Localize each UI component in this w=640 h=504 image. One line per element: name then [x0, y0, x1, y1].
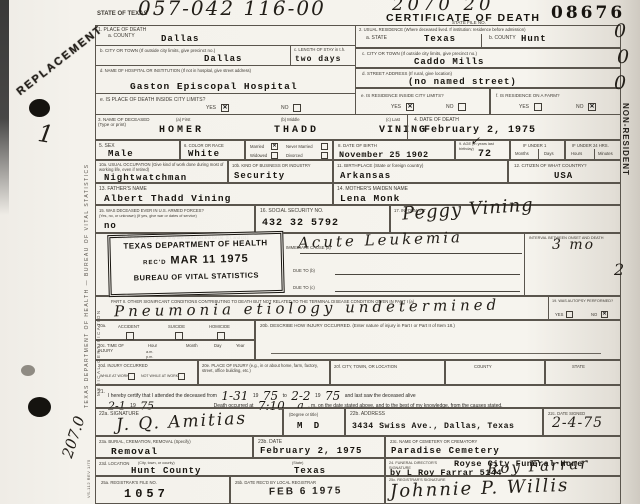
armed-forces-sublabel: (Yes, no, or unknown) (If yes, give war …	[99, 214, 197, 219]
handwritten-margin-two: 2	[614, 260, 624, 279]
handwritten-zero: 0	[614, 20, 626, 42]
homicide-checkbox	[217, 332, 225, 340]
yes-checkbox-checked: ✕	[406, 103, 414, 111]
citizen-cell: 12. CITIZEN OF WHAT COUNTRY? USA	[508, 160, 621, 183]
date-of-birth-cell: 8. DATE OF BIRTH November 25 1902	[333, 140, 455, 160]
not-while-at-work-checkbox	[178, 373, 185, 380]
yes-checkbox	[534, 103, 542, 111]
date-of-death-label: 4. DATE OF DEATH	[414, 117, 459, 123]
race-cell: 6. COLOR OR RACE White	[180, 140, 245, 160]
mother-name-label: 14. MOTHER'S MAIDEN NAME	[337, 186, 408, 192]
date-of-birth-label: 8. DATE OF BIRTH	[338, 143, 377, 148]
burial-date-label: 23b. DATE	[258, 439, 282, 445]
widowed-checkbox	[271, 152, 278, 159]
residence-county-label: b. COUNTY	[489, 35, 516, 41]
registrar-file-no-label: 25a. REGISTRAR'S FILE NO.	[101, 480, 157, 485]
married-label: Married	[250, 144, 264, 149]
place-city-cell: b. CITY OR TOWN (If outside city limits,…	[95, 45, 291, 66]
burial-state-sub: (State)	[292, 461, 303, 466]
injury-city-label: 20f. CITY, TOWN, OR LOCATION	[334, 364, 397, 369]
length-of-stay-cell: c. LENGTH OF STAY in t.h. two days	[290, 45, 356, 66]
ssn-cell: 16. SOCIAL SECURITY NO. 432 32 5792	[255, 205, 390, 233]
month-label: Month	[186, 343, 198, 348]
burial-date-value: February 2, 1975	[260, 446, 362, 456]
no-checkbox	[458, 103, 466, 111]
handwritten-margin-code: 207.0	[58, 414, 88, 460]
residence-farm-cell: f. IS RESIDENCE ON A FARM? YES NO ✕	[490, 88, 621, 115]
burial-location-cell: 23d. LOCATION (City, town, or county) Hu…	[95, 458, 385, 476]
yes-label: YES	[206, 105, 216, 111]
year-label: Year	[236, 343, 244, 348]
days-label: Days	[544, 151, 554, 156]
yes-checkbox	[566, 311, 573, 318]
while-at-work-checkbox	[128, 373, 135, 380]
burial-removal-value: Removal	[111, 446, 158, 457]
race-value: White	[188, 149, 220, 159]
if-under-24hrs-cell: IF UNDER 24 HRS. Hours Minutes	[565, 140, 621, 160]
birthplace-value: Arkansas	[340, 171, 391, 181]
burial-removal-label: 23a. BURIAL, CREMATION, REMOVAL (Specify…	[99, 439, 191, 444]
physician-address-cell: 22b. ADDRESS 3434 Swiss Ave., Dallas, Te…	[345, 408, 543, 436]
father-name-cell: 13. FATHER'S NAME Albert Thadd Vining	[95, 183, 333, 205]
cause-line-c	[335, 291, 520, 292]
physician-address-value: 3434 Swiss Ave., Dallas, Texas	[352, 422, 514, 431]
widowed-label: Widowed	[250, 153, 267, 158]
birthplace-cell: 11. BIRTHPLACE (State or foreign country…	[333, 160, 508, 183]
burial-location-value: Hunt County	[131, 466, 201, 476]
first-name-label: (a) First	[176, 117, 190, 122]
hole-punch-dot	[28, 397, 51, 417]
residence-county-value: Hunt	[521, 34, 547, 44]
no-label: NO	[446, 104, 454, 110]
injury-occurred-label: 20d. INJURY OCCURRED	[98, 363, 148, 368]
due-to-c-label: DUE TO (c)	[293, 285, 315, 290]
first-name-value: HOMER	[159, 125, 204, 136]
citizen-label: 12. CITIZEN OF WHAT COUNTRY?	[514, 163, 587, 168]
non-resident-vertical-label: NON-RESIDENT	[621, 103, 630, 221]
stamp-line1: TEXAS DEPARTMENT OF HEALTH	[110, 238, 280, 251]
occupation-label: 10a. USUAL OCCUPATION (Give kind of work…	[99, 162, 225, 172]
residence-inside-city-cell: e. IS RESIDENCE INSIDE CITY LIMITS? YES …	[355, 88, 490, 115]
interval-value: 3 mo	[552, 237, 595, 253]
handwritten-margin-one: 1	[36, 119, 55, 149]
hour-label: Hour	[148, 343, 157, 348]
burial-removal-cell: 23a. BURIAL, CREMATION, REMOVAL (Specify…	[95, 436, 253, 458]
cause-line-a	[300, 253, 522, 254]
residence-inside-city-label: e. IS RESIDENCE INSIDE CITY LIMITS?	[361, 93, 444, 98]
business-label: 10b. KIND OF BUSINESS OR INDUSTRY	[232, 163, 311, 168]
father-name-label: 13. FATHER'S NAME	[99, 186, 147, 192]
age-value: 72	[478, 149, 492, 160]
usual-residence-label: 2. USUAL RESIDENCE (Where deceased lived…	[359, 27, 526, 32]
last-name-label: (c) Last	[386, 117, 400, 122]
handwritten-zero: 0	[617, 46, 629, 68]
never-married-label: Never Married	[286, 144, 313, 149]
residence-state-value: Texas	[424, 34, 456, 44]
hospital-value: Gaston Episcopal Hospital	[130, 81, 298, 92]
not-while-at-work-label: NOT WHILE AT WORK	[141, 374, 178, 378]
place-inside-city-limits-cell: e. IS PLACE OF DEATH INSIDE CITY LIMITS?…	[95, 93, 356, 115]
dept-of-health-received-stamp: TEXAS DEPARTMENT OF HEALTH REC'DMAR 11 1…	[107, 231, 284, 297]
stamp-date-line: REC'DMAR 11 1975	[111, 252, 281, 268]
autopsy-label: 19. WAS AUTOPSY PERFORMED?	[552, 299, 618, 304]
occupation-value: Nightwatchman	[104, 173, 187, 183]
place-of-death-county-cell: 1. PLACE OF DEATH a. COUNTY Dallas	[95, 25, 356, 46]
age-cell: 9. AGE (In years last birthday) 72 ✓	[455, 140, 510, 160]
marital-status-cell: Married ✕ Never Married Widowed Divorced	[245, 140, 333, 160]
injury-20a-label: 20a.	[98, 323, 106, 328]
married-checkbox-checked: ✕	[271, 143, 278, 150]
no-checkbox-checked: ✕	[601, 311, 608, 318]
residence-city-cell: c. CITY OR TOWN (If outside city limits,…	[355, 48, 621, 68]
registrar-file-no-value: 1057	[124, 487, 169, 501]
certification-cell: 21. I hereby certify that I attended the…	[95, 385, 621, 408]
armed-forces-label: 15. WAS DECEASED EVER IN U.S. ARMED FORC…	[99, 208, 204, 213]
no-label: NO	[576, 104, 584, 110]
hole-punch-dot-faint	[21, 365, 35, 376]
describe-injury-blank-line	[271, 353, 601, 354]
physician-address-label: 22b. ADDRESS	[350, 411, 385, 417]
accident-label: ACCIDENT	[118, 324, 139, 329]
no-label: NO	[591, 312, 597, 317]
degree-cell: (Degree or title) M D	[283, 408, 345, 436]
form-number: VS-112 REV 1/75	[86, 450, 91, 498]
residence-state-label: a. STATE	[366, 35, 387, 41]
am-label: a.m.	[146, 350, 153, 355]
date-signed-cell: 22c. DATE SIGNED 2-4-75	[543, 408, 621, 436]
minutes-label: Minutes	[598, 151, 613, 156]
hours-label: Hours	[571, 151, 582, 156]
name-of-deceased-cell: 3. NAME OF DECEASED (Type or print) (a) …	[95, 114, 408, 140]
burial-location-label: 23d. LOCATION	[99, 461, 129, 466]
stamp-date: MAR 11 1975	[170, 253, 249, 267]
burial-state-value: Texas	[294, 466, 326, 476]
residence-city-value: Caddo Mills	[414, 57, 484, 67]
date-of-birth-value: November 25 1902	[339, 150, 429, 160]
accident-suicide-homicide-cell: 20a. ACCIDENT SUICIDE HOMICIDE	[95, 320, 255, 340]
left-vertical-agency-text: TEXAS DEPARTMENT OF HEALTH — BUREAU OF V…	[84, 108, 90, 408]
injury-occurred-cell: 20d. INJURY OCCURRED WHILE AT WORK NOT W…	[95, 360, 198, 385]
divorced-label: Divorced	[286, 153, 303, 158]
sex-value: Male	[108, 149, 134, 159]
under1-divider	[538, 149, 539, 160]
county-label: a. COUNTY	[108, 33, 135, 39]
injury-county-cell: COUNTY	[445, 360, 545, 385]
burial-date-cell: 23b. DATE February 2, 1975	[253, 436, 385, 458]
handwritten-top-code: 057-042 116-00	[138, 0, 326, 20]
due-to-b-label: DUE TO (b)	[293, 268, 315, 273]
handwritten-top-note: 2070 20	[392, 0, 494, 15]
place-of-injury-label: 20e. PLACE OF INJURY (e.g., in or about …	[202, 363, 327, 373]
business-value: Security	[234, 171, 285, 181]
middle-name-label: (b) Middle	[281, 117, 300, 122]
mother-name-value: Lena Monk	[340, 193, 400, 204]
day-label: Day	[214, 343, 221, 348]
yes-label: YES	[391, 104, 401, 110]
hospital-label: d. NAME OF HOSPITAL OR INSTITUTION (If n…	[100, 68, 270, 73]
armed-forces-value: no	[104, 221, 117, 231]
yes-label: YES	[519, 104, 529, 110]
while-at-work-label: WHILE AT WORK	[100, 374, 129, 378]
residence-divider	[481, 34, 482, 49]
describe-injury-label: 20b. DESCRIBE HOW INJURY OCCURRED. (Ente…	[260, 323, 615, 328]
yes-checkbox-checked: ✕	[221, 104, 229, 112]
ssn-value: 432 32 5792	[262, 218, 339, 229]
handwritten-zero: 0	[614, 72, 626, 94]
birthplace-label: 11. BIRTHPLACE (State or foreign country…	[337, 163, 423, 168]
divorced-checkbox	[321, 152, 328, 159]
registrar-file-no-cell: 25a. REGISTRAR'S FILE NO. 1057	[95, 476, 230, 504]
interval-divider	[524, 234, 525, 295]
armed-forces-cell: 15. WAS DECEASED EVER IN U.S. ARMED FORC…	[95, 205, 255, 233]
residence-farm-label: f. IS RESIDENCE ON A FARM?	[496, 93, 560, 98]
residence-street-cell: d. STREET ADDRESS (If rural, give locati…	[355, 68, 621, 88]
race-label: 6. COLOR OR RACE	[184, 143, 224, 148]
stamp-line3: BUREAU OF VITAL STATISTICS	[111, 270, 281, 283]
never-married-checkbox	[321, 143, 328, 150]
if-under-24hrs-label: IF UNDER 24 HRS.	[572, 143, 609, 148]
date-received-label: 25b. DATE REC'D BY LOCAL REGISTRAR	[235, 480, 316, 485]
residence-street-label: d. STREET ADDRESS (If rural, give locati…	[362, 71, 452, 76]
name-of-deceased-label: 3. NAME OF DECEASED (Type or print)	[98, 117, 160, 128]
hole-punch-dot	[29, 99, 50, 117]
describe-injury-cell: 20b. DESCRIBE HOW INJURY OCCURRED. (Ente…	[255, 320, 621, 360]
injury-city-cell: 20f. CITY, TOWN, OR LOCATION	[330, 360, 445, 385]
county-value: Dallas	[161, 34, 199, 44]
length-of-stay-value: two days	[295, 55, 341, 64]
degree-value: M D	[297, 421, 322, 431]
injury-county-label: COUNTY	[474, 364, 492, 369]
handwritten-checkmark: ✓	[470, 134, 480, 148]
residence-street-value: (no named street)	[408, 77, 517, 87]
injury-state-label: STATE	[572, 364, 585, 369]
accident-checkbox	[126, 332, 134, 340]
time-of-injury-label: 20c. TIME OF INJURY	[98, 343, 140, 353]
autopsy-cell: 19. WAS AUTOPSY PERFORMED? YES NO ✕	[548, 296, 621, 320]
if-under-1-label: IF UNDER 1	[523, 143, 546, 148]
occupation-cell: 10a. USUAL OCCUPATION (Give kind of work…	[95, 160, 228, 183]
business-cell: 10b. KIND OF BUSINESS OR INDUSTRY Securi…	[228, 160, 333, 183]
residence-state-county-cell: 2. USUAL RESIDENCE (Where deceased lived…	[355, 25, 621, 48]
father-name-value: Albert Thadd Vining	[104, 193, 231, 204]
replacement-stamp: REPLACEMENT	[15, 23, 106, 98]
place-city-value: Dallas	[204, 54, 242, 64]
cause-line-b	[335, 274, 520, 275]
date-of-death-cell: 4. DATE OF DEATH February 2, 1975	[407, 114, 621, 140]
scan-edge-shadow	[0, 0, 9, 215]
date-received-stamp-value: FEB 6 1975	[269, 485, 343, 497]
ssn-label: 16. SOCIAL SECURITY NO.	[260, 208, 323, 214]
cemetery-value: Paradise Cemetery	[391, 446, 500, 456]
no-checkbox	[293, 104, 301, 112]
certification-number: 21.	[98, 389, 105, 395]
place-of-injury-cell: 20e. PLACE OF INJURY (e.g., in or about …	[198, 360, 330, 385]
death-certificate-scan: REPLACEMENT 1 207.0 TEXAS DEPARTMENT OF …	[0, 0, 640, 504]
length-of-stay-label: c. LENGTH OF STAY in t.h.	[294, 47, 352, 52]
if-under-1-cell: IF UNDER 1 Months Days	[510, 140, 565, 160]
date-received-cell: 25b. DATE REC'D BY LOCAL REGISTRAR FEB 6…	[230, 476, 385, 504]
no-label: NO	[281, 105, 289, 111]
under24-divider	[594, 149, 595, 160]
cemetery-label: 23c. NAME OF CEMETERY OR CREMATORY	[390, 439, 477, 444]
yes-label: YES	[555, 312, 563, 317]
time-of-injury-cell: 20c. TIME OF INJURY Hour a.m. p.m. Month…	[95, 340, 255, 360]
hospital-cell: d. NAME OF HOSPITAL OR INSTITUTION (If n…	[95, 65, 356, 94]
citizen-value: USA	[554, 171, 573, 181]
burial-location-sub1: (City, town, or county)	[138, 461, 175, 466]
months-label: Months	[515, 151, 529, 156]
suicide-label: SUICIDE	[168, 324, 185, 329]
degree-label: (Degree or title)	[289, 412, 318, 417]
suicide-checkbox	[175, 332, 183, 340]
middle-name-value: THADD	[274, 125, 319, 136]
stamp-recd-label: REC'D	[143, 260, 167, 267]
injury-state-cell: STATE	[545, 360, 621, 385]
pm-label: p.m.	[146, 355, 153, 360]
residence-city-label: c. CITY OR TOWN (If outside city limits,…	[362, 51, 477, 56]
homicide-label: HOMICIDE	[209, 324, 230, 329]
sex-cell: 5. SEX Male	[95, 140, 180, 160]
place-city-label: b. CITY OR TOWN (If outside city limits,…	[100, 48, 215, 53]
no-checkbox-checked: ✕	[588, 103, 596, 111]
place-inside-city-limits-label: e. IS PLACE OF DEATH INSIDE CITY LIMITS?	[100, 97, 205, 103]
date-signed-value: 2-4-75	[552, 415, 603, 431]
